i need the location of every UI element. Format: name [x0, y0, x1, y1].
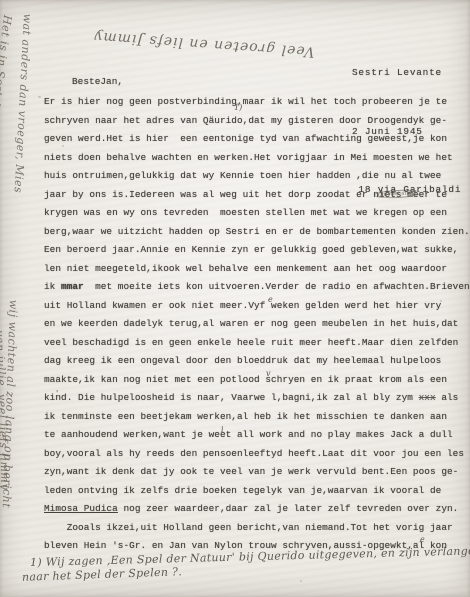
- salutation: BesteJan,: [72, 76, 123, 87]
- typed-line: ik mmar met moeite iets kon uitvoeren.Ve…: [44, 278, 470, 297]
- pencil-correction-mark: 1): [234, 103, 242, 112]
- margin-scrawl: Het is in Sestri nu wel heel: [0, 14, 14, 180]
- typed-line: leden ontving ik zelfs drie boeken tegel…: [44, 482, 470, 501]
- typed-line: te aanhoudend werken,want je weet all wo…: [44, 426, 470, 445]
- typed-emphasis: Mimosa Pudica: [44, 503, 118, 514]
- pencil-correction-mark: i: [221, 425, 224, 434]
- typed-line: en we keerden dadelyk terug,al waren er …: [44, 315, 470, 334]
- paper-speck: [300, 580, 302, 582]
- typed-line: berg,waar we uitzicht hadden op Sestri e…: [44, 223, 470, 242]
- typed-line: dag kreeg ik een ongeval door den bloedd…: [44, 352, 470, 371]
- typed-line: Er is hier nog geen postverbinding,maar …: [44, 93, 470, 112]
- typed-emphasis: xxx: [419, 392, 436, 403]
- typed-line: veel beschadigd is en geen enkele heele …: [44, 334, 470, 353]
- typed-line: ik tenminste een beetjekam werken,al heb…: [44, 408, 470, 427]
- header-place: Sestri Levante: [352, 63, 461, 83]
- typed-line: huis ontruimen,gelukkig dat wy Kennie to…: [44, 167, 470, 186]
- scanned-letter-page: Sestri Levante 2 Juni 1945 18 via Gariba…: [0, 0, 470, 597]
- typed-line: geven werd.Het is hier een eentonige tyd…: [44, 130, 470, 149]
- letter-body: Er is hier nog geen postverbinding,maar …: [44, 93, 470, 556]
- typed-line: schryven naar het adres van Qäurido,dat …: [44, 112, 470, 131]
- typed-line: krygen was en wy ons tevreden moesten st…: [44, 204, 470, 223]
- margin-scrawl: wat anders dan vroeger, Mies: [12, 13, 34, 193]
- typed-line: Een beroerd jaar.Annie en Kennie zyn er …: [44, 241, 470, 260]
- pencil-correction-mark: e: [268, 295, 273, 304]
- upside-down-greeting: Veel groeten en liefs Jimmy: [68, 27, 340, 62]
- paper-speck: [62, 145, 64, 147]
- typed-line: niets doen behalve wachten en werken.Het…: [44, 149, 470, 168]
- paper-speck: [440, 300, 442, 302]
- typed-line: Mimosa Pudica nog zeer waardeer,daar zal…: [44, 500, 470, 519]
- pencil-correction-mark: e: [420, 535, 425, 544]
- typed-line: kind. Die hulpeloosheid is naar, Vaarwe …: [44, 389, 470, 408]
- typed-line: uit Holland kwamen er ook niet meer.Vyf …: [44, 297, 470, 316]
- pencil-correction-mark: ': [56, 389, 58, 398]
- typed-line: maakte,ik kan nog niet met een potlood s…: [44, 371, 470, 390]
- typed-line: len niet meegeteld,ikook wel behalve een…: [44, 260, 470, 279]
- paper-speck: [38, 96, 41, 98]
- typed-emphasis: mmar: [61, 281, 84, 292]
- pencil-correction-mark: v: [266, 369, 271, 378]
- typed-line: boy,vooral als hy reeds den pensoenleeft…: [44, 445, 470, 464]
- typed-line: zyn,want ik denk dat jy ook te veel van …: [44, 463, 470, 482]
- typed-line: Zooals ikzei,uit Holland geen bericht,va…: [44, 519, 470, 538]
